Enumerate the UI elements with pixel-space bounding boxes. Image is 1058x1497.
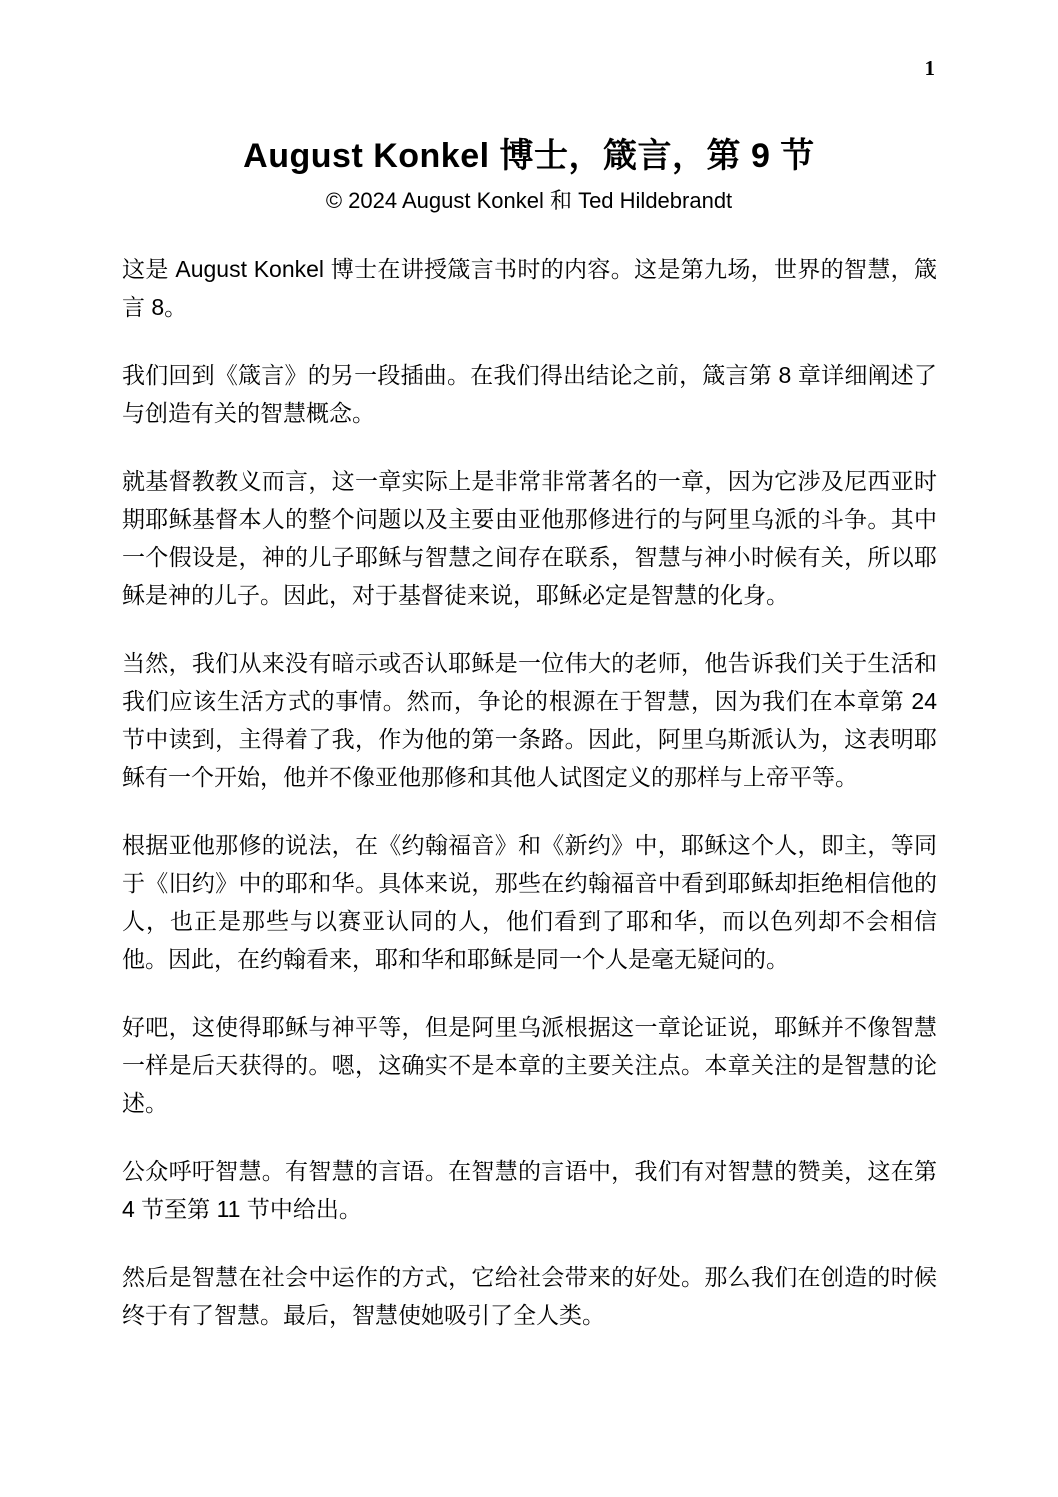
- paragraph: 我们回到《箴言》的另一段插曲。在我们得出结论之前，箴言第 8 章详细阐述了与创造…: [122, 356, 937, 432]
- paragraph: 公众呼吁智慧。有智慧的言语。在智慧的言语中，我们有对智慧的赞美，这在第 4 节至…: [122, 1152, 937, 1228]
- paragraph: 这是 August Konkel 博士在讲授箴言书时的内容。这是第九场，世界的智…: [122, 250, 937, 326]
- copyright-line: © 2024 August Konkel 和 Ted Hildebrandt: [0, 188, 1058, 214]
- paragraph: 好吧，这使得耶稣与神平等，但是阿里乌派根据这一章论证说，耶稣并不像智慧一样是后天…: [122, 1008, 937, 1122]
- document-page: 1 August Konkel 博士，箴言，第 9 节 © 2024 Augus…: [0, 0, 1058, 1497]
- document-body: 这是 August Konkel 博士在讲授箴言书时的内容。这是第九场，世界的智…: [122, 250, 937, 1334]
- paragraph: 当然，我们从来没有暗示或否认耶稣是一位伟大的老师，他告诉我们关于生活和我们应该生…: [122, 644, 937, 796]
- paragraph: 然后是智慧在社会中运作的方式，它给社会带来的好处。那么我们在创造的时候终于有了智…: [122, 1258, 937, 1334]
- paragraph: 就基督教教义而言，这一章实际上是非常非常著名的一章，因为它涉及尼西亚时期耶稣基督…: [122, 462, 937, 614]
- page-number: 1: [925, 58, 936, 79]
- document-title: August Konkel 博士，箴言，第 9 节: [0, 0, 1058, 180]
- paragraph: 根据亚他那修的说法，在《约翰福音》和《新约》中，耶稣这个人，即主，等同于《旧约》…: [122, 826, 937, 978]
